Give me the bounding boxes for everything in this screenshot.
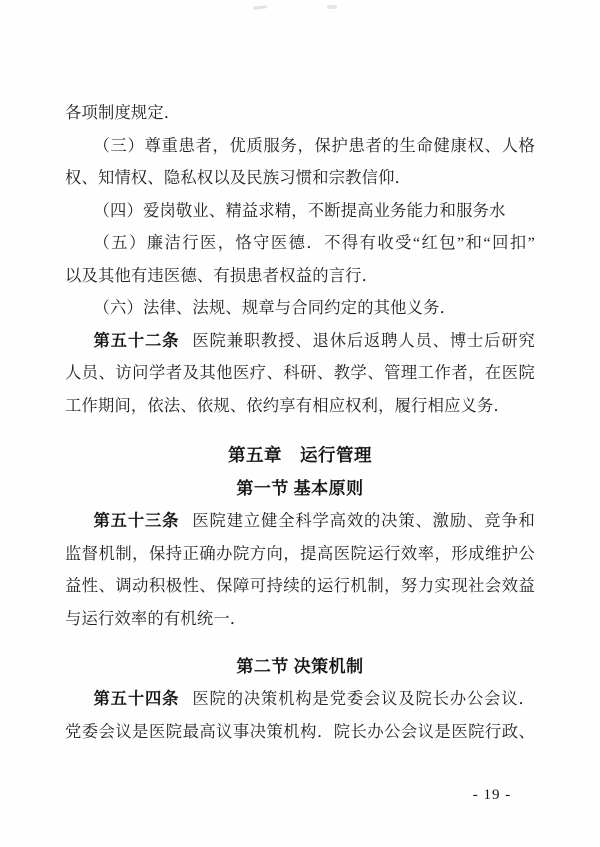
article-52-number: 第五十二条 bbox=[94, 331, 180, 350]
document-body: 各项制度规定． （三）尊重患者，优质服务，保护患者的生命健康权、人格 权、知情权… bbox=[65, 97, 535, 748]
article-54-line-1: 第五十四条医院的决策机构是党委会议及院长办公会议． bbox=[65, 683, 535, 716]
body-text: （五）廉洁行医，恪守医德．不得有收受“红包”和“回扣” bbox=[94, 233, 535, 252]
list-item-3-line-2: 权、知情权、隐私权以及民族习惯和宗教信仰． bbox=[65, 162, 535, 195]
article-52-line-2: 人员、访问学者及其他医疗、科研、教学、管理工作者，在医院 bbox=[65, 357, 535, 390]
paragraph-continuation-line: 各项制度规定． bbox=[65, 97, 535, 130]
list-item-5-line-1: （五）廉洁行医，恪守医德．不得有收受“红包”和“回扣” bbox=[65, 227, 535, 260]
scan-artifact bbox=[327, 5, 337, 9]
body-text: （六）法律、法规、规章与合同约定的其他义务． bbox=[94, 298, 457, 317]
body-text: 与运行效率的有机统一． bbox=[65, 609, 246, 628]
article-53-line-4: 与运行效率的有机统一． bbox=[65, 603, 535, 636]
article-54-number: 第五十四条 bbox=[94, 689, 180, 708]
body-text: 医院兼职教授、退休后返聘人员、博士后研究 bbox=[192, 331, 535, 350]
section-1-heading: 第一节 基本原则 bbox=[65, 472, 535, 505]
body-text: 人员、访问学者及其他医疗、科研、教学、管理工作者，在医院 bbox=[65, 363, 535, 382]
scan-artifact bbox=[253, 5, 267, 9]
body-text: 各项制度规定． bbox=[65, 103, 180, 122]
list-item-4: （四）爱岗敬业、精益求精，不断提高业务能力和服务水平． bbox=[65, 195, 535, 228]
list-item-5-line-2: 以及其他有违医德、有损患者权益的言行． bbox=[65, 260, 535, 293]
chapter-5-heading: 第五章 运行管理 bbox=[65, 439, 535, 472]
article-53-line-3: 益性、调动积极性、保障可持续的运行机制，努力实现社会效益 bbox=[65, 570, 535, 603]
article-53-line-2: 监督机制，保持正确办院方向，提高医院运行效率，形成维护公 bbox=[65, 538, 535, 571]
article-53-line-1: 第五十三条医院建立健全科学高效的决策、激励、竞争和 bbox=[65, 505, 535, 538]
body-text: 工作期间，依法、依规、依约享有相应权利，履行相应义务． bbox=[65, 396, 510, 415]
body-text: 监督机制，保持正确办院方向，提高医院运行效率，形成维护公 bbox=[65, 544, 535, 563]
page-number: - 19 - bbox=[460, 783, 524, 807]
body-text: 党委会议是医院最高议事决策机构．院长办公会议是医院行政、 bbox=[65, 722, 535, 741]
body-text: （三）尊重患者，优质服务，保护患者的生命健康权、人格 bbox=[94, 136, 535, 155]
article-54-line-2: 党委会议是医院最高议事决策机构．院长办公会议是医院行政、 bbox=[65, 716, 535, 749]
body-text: 权、知情权、隐私权以及民族习惯和宗教信仰． bbox=[65, 168, 411, 187]
list-item-3-line-1: （三）尊重患者，优质服务，保护患者的生命健康权、人格 bbox=[65, 130, 535, 163]
article-53-number: 第五十三条 bbox=[94, 511, 180, 530]
article-52-line-1: 第五十二条医院兼职教授、退休后返聘人员、博士后研究 bbox=[65, 325, 535, 358]
scanned-document-page: 各项制度规定． （三）尊重患者，优质服务，保护患者的生命健康权、人格 权、知情权… bbox=[0, 0, 600, 847]
article-52-line-3: 工作期间，依法、依规、依约享有相应权利，履行相应义务． bbox=[65, 390, 535, 423]
body-text: （四）爱岗敬业、精益求精，不断提高业务能力和服务水平． bbox=[65, 201, 506, 228]
section-2-heading: 第二节 决策机制 bbox=[65, 650, 535, 683]
body-text: 医院的决策机构是党委会议及院长办公会议． bbox=[192, 689, 535, 708]
body-text: 医院建立健全科学高效的决策、激励、竞争和 bbox=[192, 511, 535, 530]
body-text: 益性、调动积极性、保障可持续的运行机制，努力实现社会效益 bbox=[65, 576, 535, 595]
list-item-6: （六）法律、法规、规章与合同约定的其他义务． bbox=[65, 292, 535, 325]
body-text: 以及其他有违医德、有损患者权益的言行． bbox=[65, 266, 378, 285]
